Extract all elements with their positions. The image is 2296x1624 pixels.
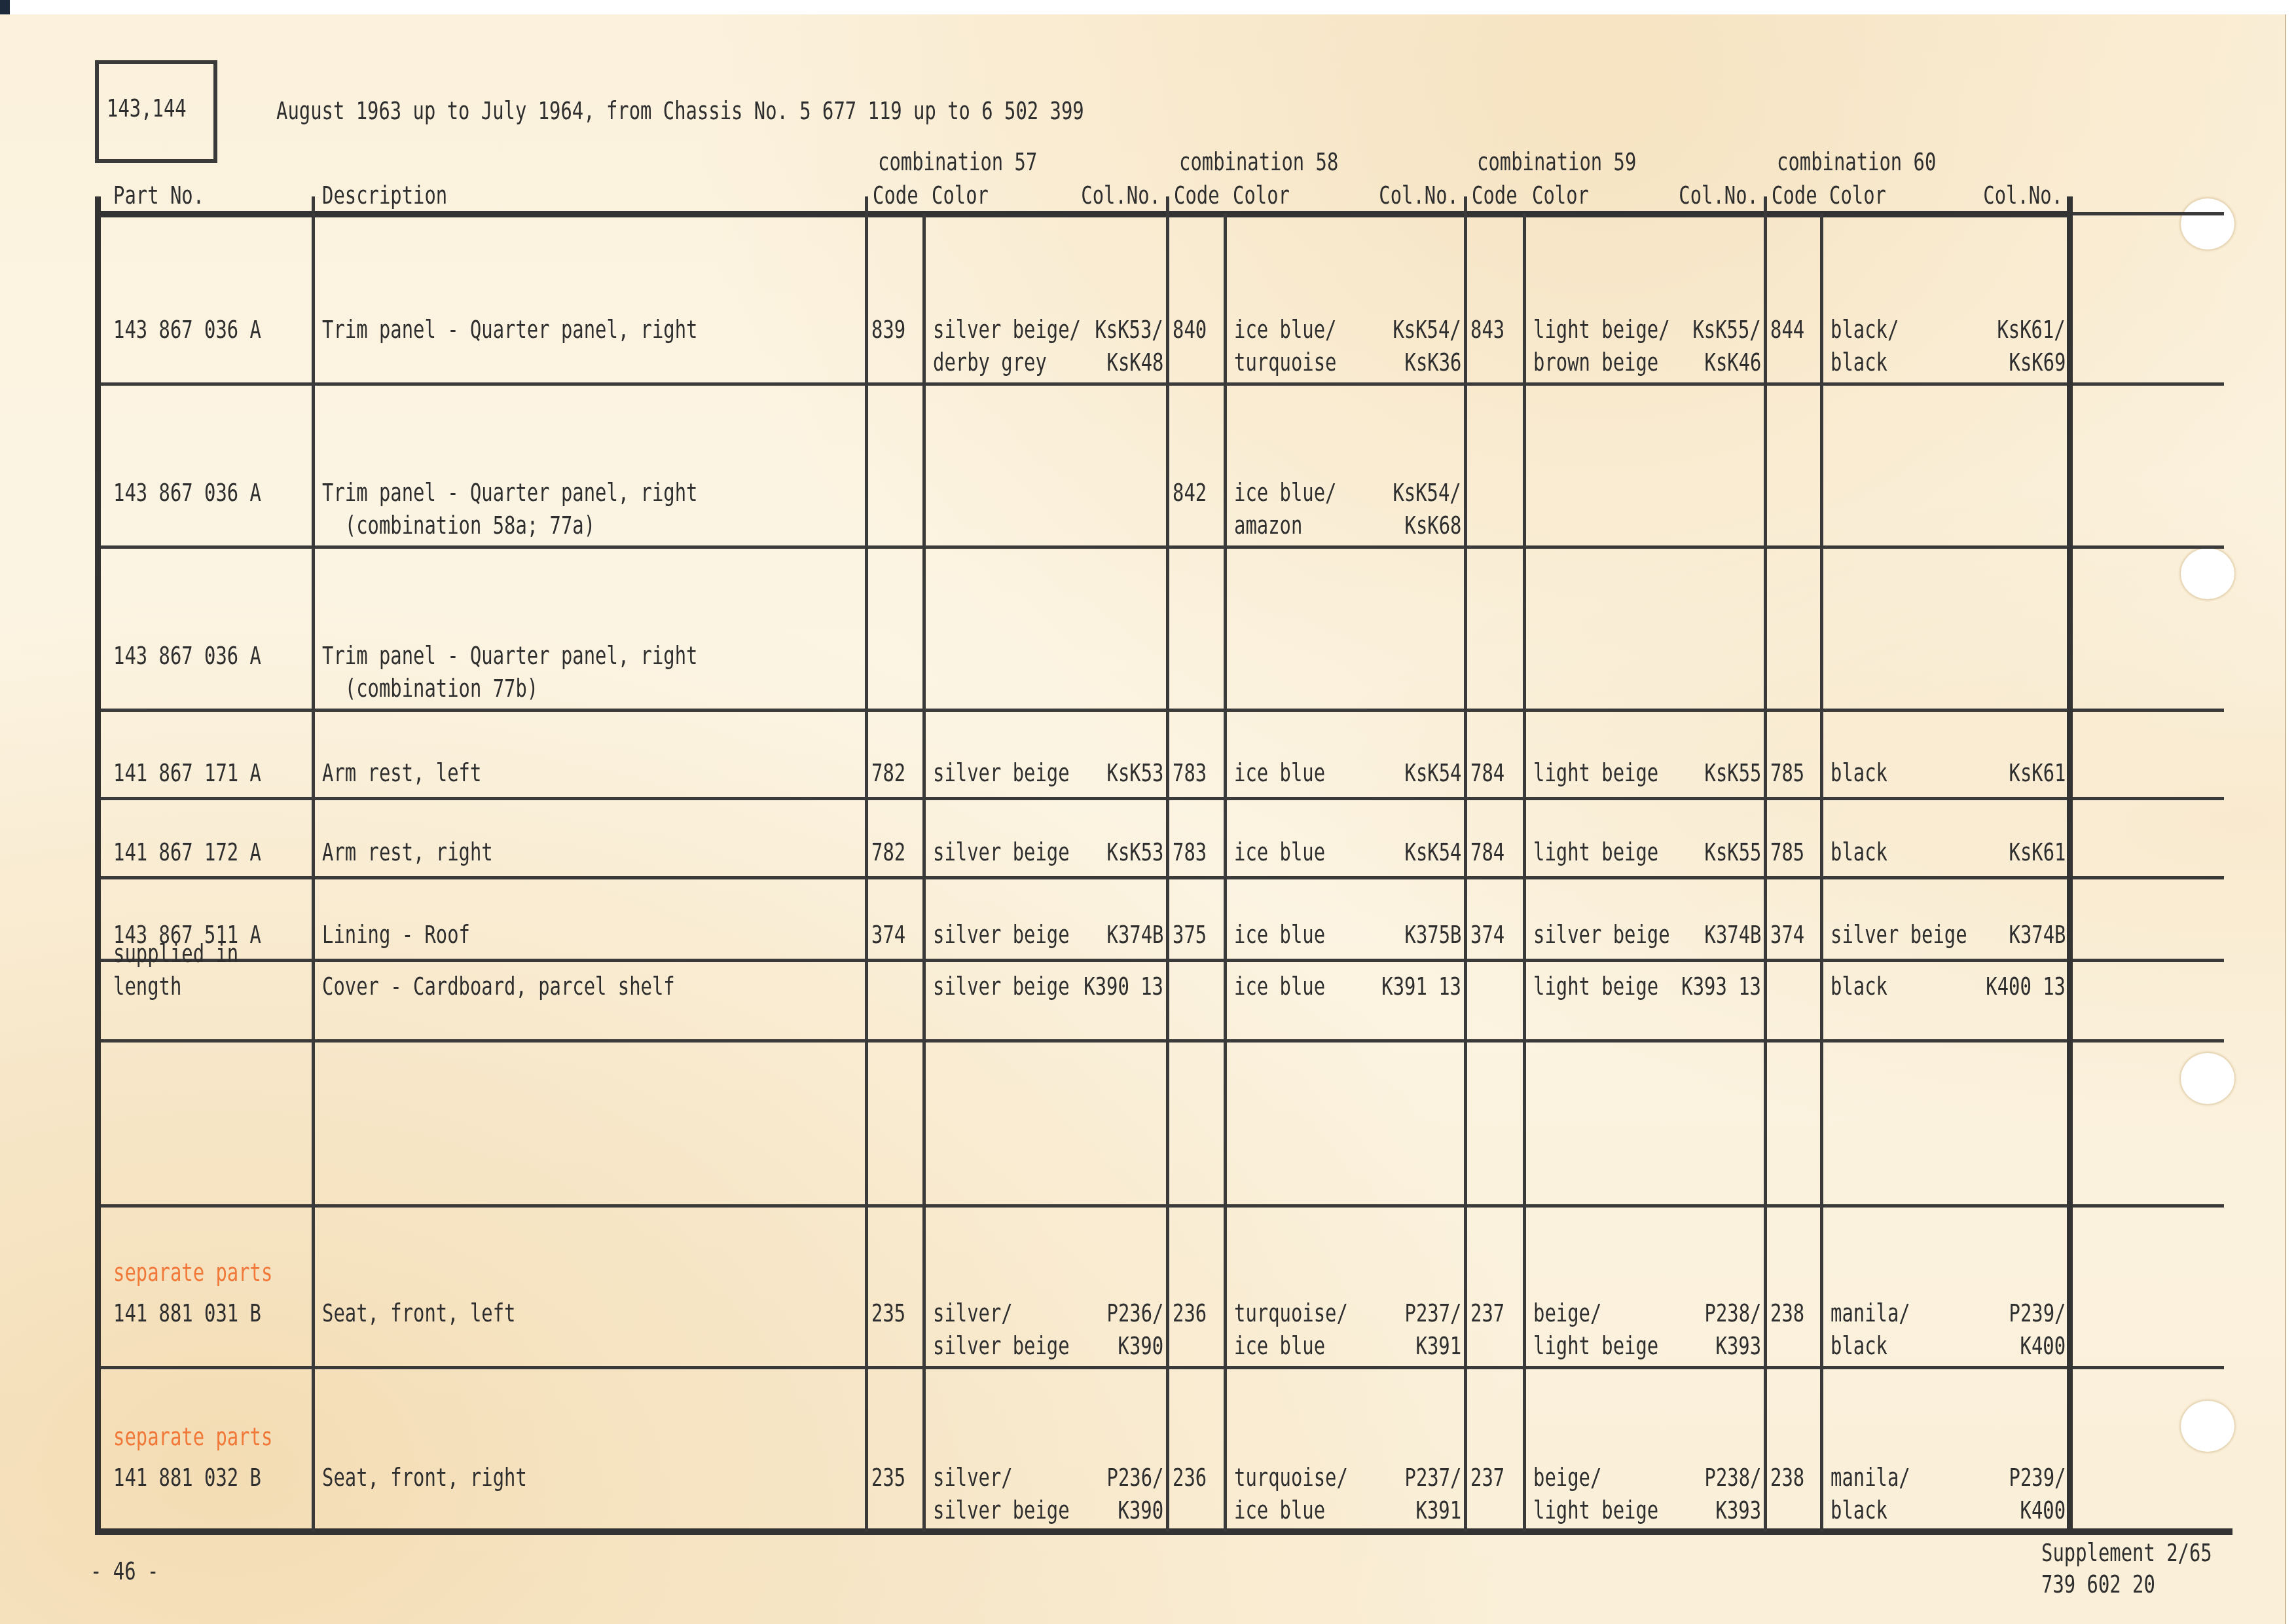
row-rule: [95, 876, 2224, 879]
row-rule: [95, 1366, 2224, 1369]
color-number: P239/: [2009, 1465, 2066, 1491]
color-number: KsK55: [1704, 760, 1761, 786]
color-code: 784: [1470, 840, 1504, 866]
part-number: 143 867 036 A: [113, 317, 261, 343]
color-name: silver beige: [933, 840, 1070, 866]
part-description: Lining - Roof: [322, 922, 470, 948]
color-code: 374: [871, 922, 905, 948]
color-code: 375: [1173, 922, 1207, 948]
color-number: K374B: [1106, 922, 1163, 948]
color-name: silver beige: [933, 922, 1070, 948]
color-code: 839: [871, 317, 905, 343]
punch-hole: [2181, 548, 2234, 599]
color-number: KsK54/: [1393, 480, 1461, 506]
color-name: light beige/: [1533, 317, 1670, 343]
color-name: ice blue: [1234, 760, 1325, 786]
color-number: K390: [1118, 1498, 1163, 1524]
part-description: (combination 58a; 77a): [322, 513, 595, 539]
color-name: black: [1831, 350, 1887, 376]
color-name: black: [1831, 1498, 1887, 1524]
color-name: ice blue/: [1234, 317, 1336, 343]
color-number: K400: [2020, 1498, 2066, 1524]
color-name: beige/: [1533, 1465, 1601, 1491]
color-code: 235: [871, 1465, 905, 1491]
color-name: ice blue: [1234, 1333, 1325, 1359]
color-number: K393: [1715, 1498, 1761, 1524]
col-divider-code: [1224, 213, 1227, 1532]
punch-hole: [2181, 1053, 2234, 1104]
document-number: 739 602 20: [2041, 1572, 2155, 1598]
color-code: 238: [1770, 1301, 1804, 1327]
col-divider-description: [312, 196, 315, 1532]
color-name: silver/: [933, 1301, 1013, 1327]
color-number: K391: [1415, 1498, 1461, 1524]
color-number: K390: [1118, 1333, 1163, 1359]
color-number: K393 13: [1681, 974, 1761, 1000]
color-name: black: [1831, 840, 1887, 866]
table-bottom-rule: [95, 1528, 2232, 1535]
color-number: KsK54: [1404, 840, 1461, 866]
separate-parts-note: separate parts: [113, 1424, 272, 1450]
combination-title: combination 58: [1179, 149, 1338, 175]
row-rule: [95, 709, 2224, 712]
col-header-code: Code: [873, 183, 919, 209]
col-header-col-no: Col.No.: [1983, 183, 2063, 209]
color-code: 237: [1470, 1301, 1504, 1327]
combination-title: combination 57: [878, 149, 1037, 175]
col-divider-combination: [865, 196, 868, 1532]
color-name: black/: [1831, 317, 1899, 343]
color-code: 237: [1470, 1465, 1504, 1491]
separate-parts-note: separate parts: [113, 1260, 272, 1286]
color-number: KsK48: [1106, 350, 1163, 376]
color-name: manila/: [1831, 1465, 1910, 1491]
color-number: KsK53: [1106, 760, 1163, 786]
color-number: P237/: [1404, 1465, 1461, 1491]
color-code: 840: [1173, 317, 1207, 343]
color-name: silver beige: [933, 760, 1070, 786]
part-number: 141 881 031 B: [113, 1301, 261, 1327]
row-rule: [95, 1204, 2224, 1208]
col-divider-code: [1820, 213, 1823, 1532]
header-rule: [95, 211, 2072, 217]
color-code: 236: [1173, 1301, 1207, 1327]
scan-edge-mark: [0, 0, 10, 14]
table-right-border: [2067, 196, 2073, 1535]
color-code: 374: [1470, 922, 1504, 948]
color-name: light beige: [1533, 1498, 1658, 1524]
col-header-col-no: Col.No.: [1379, 183, 1459, 209]
row-rule: [95, 382, 2224, 386]
part-description: Seat, front, right: [322, 1465, 527, 1491]
color-number: K400: [2020, 1333, 2066, 1359]
col-divider-combination: [1764, 196, 1767, 1532]
color-code: 783: [1173, 840, 1207, 866]
color-name: silver beige: [1533, 922, 1670, 948]
col-header-code: Code: [1472, 183, 1518, 209]
part-number: 141 881 032 B: [113, 1465, 261, 1491]
color-name: black: [1831, 1333, 1887, 1359]
color-code: 782: [871, 760, 905, 786]
color-name: beige/: [1533, 1301, 1601, 1327]
color-name: ice blue: [1234, 1498, 1325, 1524]
part-number: length: [113, 974, 181, 1000]
part-number: 143 867 036 A: [113, 643, 261, 669]
col-header-col-no: Col.No.: [1679, 183, 1758, 209]
color-number: KsK68: [1404, 513, 1461, 539]
color-code: 782: [871, 840, 905, 866]
color-number: KsK55: [1704, 840, 1761, 866]
color-name: black: [1831, 760, 1887, 786]
color-name: brown beige: [1533, 350, 1658, 376]
color-name: ice blue: [1234, 840, 1325, 866]
color-name: silver beige: [1831, 922, 1967, 948]
color-number: K375B: [1404, 922, 1461, 948]
header-rule-extension: [2069, 212, 2224, 215]
color-name: turquoise: [1234, 350, 1336, 376]
color-name: light beige: [1533, 974, 1658, 1000]
part-number: 141 867 171 A: [113, 760, 261, 786]
color-code: 785: [1770, 840, 1804, 866]
color-code: 785: [1770, 760, 1804, 786]
color-code: 844: [1770, 317, 1804, 343]
col-header-color: Color: [1532, 183, 1589, 209]
color-name: ice blue/: [1234, 480, 1336, 506]
color-name: ice blue: [1234, 922, 1325, 948]
color-number: KsK54: [1404, 760, 1461, 786]
color-number: K391: [1415, 1333, 1461, 1359]
color-number: P236/: [1106, 1301, 1163, 1327]
model-group-label: 143,144: [107, 96, 187, 122]
color-number: KsK54/: [1393, 317, 1461, 343]
color-number: P237/: [1404, 1301, 1461, 1327]
part-description: Trim panel - Quarter panel, right: [322, 480, 697, 506]
color-number: KsK36: [1404, 350, 1461, 376]
part-number: 141 867 172 A: [113, 840, 261, 866]
color-number: K400 13: [1986, 974, 2066, 1000]
part-number: supplied in: [113, 941, 238, 967]
color-name: silver/: [933, 1465, 1013, 1491]
color-name: ice blue: [1234, 974, 1325, 1000]
col-divider-code: [922, 213, 926, 1532]
col-header-code: Code: [1772, 183, 1817, 209]
punch-hole: [2181, 198, 2234, 249]
color-name: light beige: [1533, 840, 1658, 866]
color-name: silver beige: [933, 1498, 1070, 1524]
part-description: Trim panel - Quarter panel, right: [322, 643, 697, 669]
color-number: KsK53/: [1095, 317, 1163, 343]
color-name: silver beige: [933, 974, 1070, 1000]
col-header-color: Color: [1829, 183, 1886, 209]
color-number: P238/: [1704, 1301, 1761, 1327]
color-number: KsK55/: [1693, 317, 1761, 343]
part-description: Trim panel - Quarter panel, right: [322, 317, 697, 343]
color-number: K391 13: [1381, 974, 1461, 1000]
color-number: K374B: [2009, 922, 2066, 948]
color-number: P238/: [1704, 1465, 1761, 1491]
col-header-part-no: Part No.: [113, 183, 204, 209]
col-divider-combination: [1166, 196, 1169, 1532]
part-description: (combination 77b): [322, 676, 538, 702]
color-name: turquoise/: [1234, 1301, 1348, 1327]
color-name: silver beige: [933, 1333, 1070, 1359]
color-number: KsK69: [2009, 350, 2066, 376]
col-header-color: Color: [932, 183, 989, 209]
color-number: KsK61/: [1997, 317, 2066, 343]
col-divider-combination: [1464, 196, 1467, 1532]
color-number: KsK61: [2009, 760, 2066, 786]
row-rule: [95, 959, 2224, 962]
color-name: derby grey: [933, 350, 1047, 376]
col-divider-code: [1523, 213, 1526, 1532]
color-number: KsK53: [1106, 840, 1163, 866]
row-rule: [95, 545, 2224, 549]
color-code: 842: [1173, 480, 1207, 506]
color-code: 374: [1770, 922, 1804, 948]
color-code: 238: [1770, 1465, 1804, 1491]
color-code: 784: [1470, 760, 1504, 786]
col-header-color: Color: [1233, 183, 1290, 209]
color-number: KsK46: [1704, 350, 1761, 376]
part-number: 143 867 036 A: [113, 480, 261, 506]
part-description: Cover - Cardboard, parcel shelf: [322, 974, 675, 1000]
color-number: K393: [1715, 1333, 1761, 1359]
part-description: Seat, front, left: [322, 1301, 515, 1327]
validity-range: August 1963 up to July 1964, from Chassi…: [276, 98, 1084, 124]
color-name: manila/: [1831, 1301, 1910, 1327]
color-name: light beige: [1533, 760, 1658, 786]
color-code: 235: [871, 1301, 905, 1327]
color-code: 236: [1173, 1465, 1207, 1491]
col-header-col-no: Col.No.: [1081, 183, 1161, 209]
color-number: K390 13: [1084, 974, 1163, 1000]
col-header-description: Description: [322, 183, 447, 209]
color-number: P236/: [1106, 1465, 1163, 1491]
color-name: amazon: [1234, 513, 1302, 539]
col-header-code: Code: [1174, 183, 1220, 209]
color-code: 783: [1173, 760, 1207, 786]
supplement-label: Supplement 2/65: [2041, 1540, 2212, 1566]
part-description: Arm rest, right: [322, 840, 493, 866]
punch-hole: [2181, 1401, 2234, 1452]
row-rule: [95, 797, 2224, 800]
color-name: turquoise/: [1234, 1465, 1348, 1491]
part-description: Arm rest, left: [322, 760, 481, 786]
color-number: P239/: [2009, 1301, 2066, 1327]
row-rule: [95, 1039, 2224, 1043]
color-name: silver beige/: [933, 317, 1081, 343]
page-number: - 46 -: [90, 1559, 158, 1585]
color-number: K374B: [1704, 922, 1761, 948]
table-left-border: [95, 196, 101, 1535]
color-code: 843: [1470, 317, 1504, 343]
color-name: light beige: [1533, 1333, 1658, 1359]
catalog-page: [0, 14, 2286, 1624]
color-number: KsK61: [2009, 840, 2066, 866]
color-name: black: [1831, 974, 1887, 1000]
combination-title: combination 60: [1777, 149, 1936, 175]
combination-title: combination 59: [1477, 149, 1636, 175]
